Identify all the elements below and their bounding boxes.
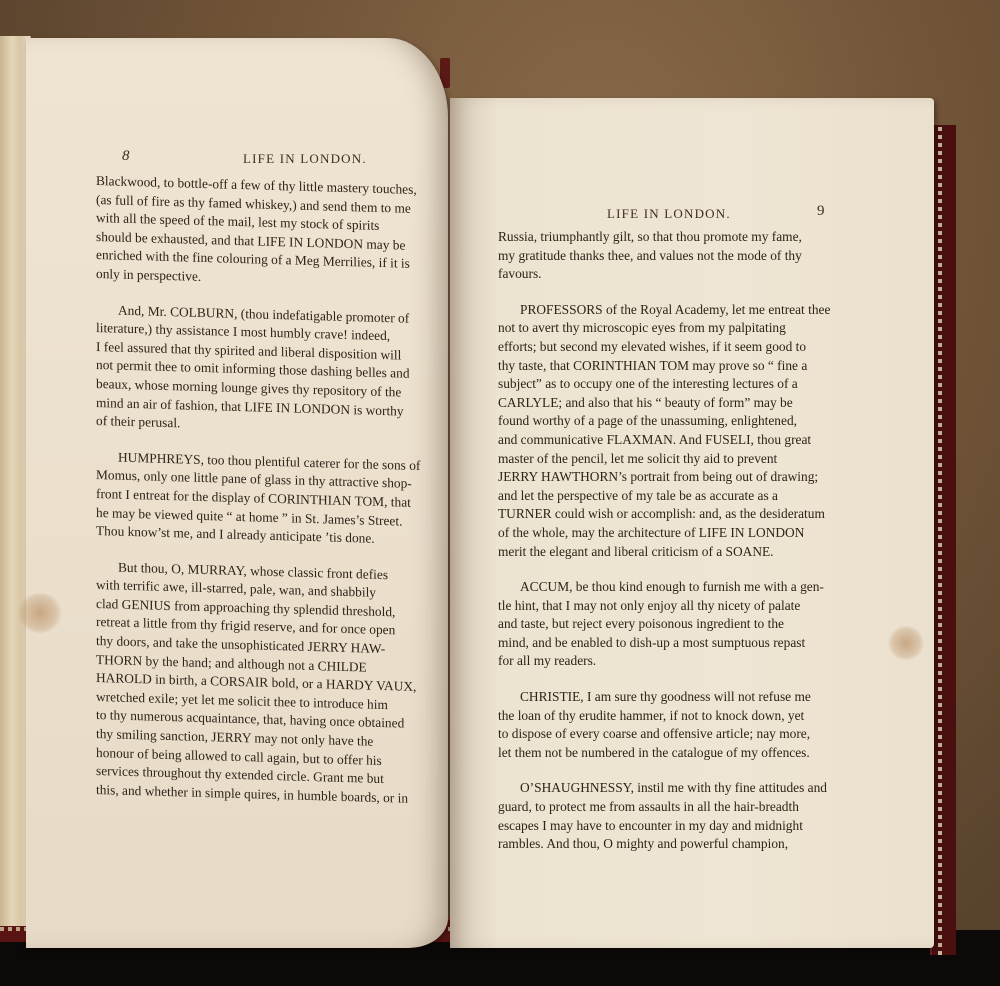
- foxing-stain: [888, 626, 924, 660]
- paragraph: PROFESSORS of the Royal Academy, let me …: [498, 301, 848, 561]
- paragraph: CHRISTIE, I am sure thy goodness will no…: [498, 688, 848, 762]
- foxing-stain: [18, 593, 62, 633]
- right-page-body: Russia, triumphantly gilt, so that thou …: [498, 228, 848, 871]
- page-number-left: 8: [122, 148, 130, 165]
- running-head-left: LIFE IN LONDON.: [243, 151, 367, 167]
- running-head-right: LIFE IN LONDON.: [607, 206, 731, 222]
- paragraph: Blackwood, to bottle-off a few of thy li…: [96, 172, 446, 293]
- paragraph: And, Mr. COLBURN, (thou indefatigable pr…: [96, 301, 446, 441]
- left-page-body: Blackwood, to bottle-off a few of thy li…: [96, 172, 446, 826]
- page-number-right: 9: [817, 203, 825, 220]
- gilt-border: [938, 125, 942, 955]
- paragraph: O’SHAUGHNESSY, instil me with thy fine a…: [498, 779, 848, 853]
- paragraph: Russia, triumphantly gilt, so that thou …: [498, 228, 848, 284]
- paragraph: HUMPHREYS, too thou plentiful caterer fo…: [96, 448, 446, 551]
- paragraph: ACCUM, be thou kind enough to furnish me…: [498, 578, 848, 671]
- paragraph: But thou, O, MURRAY, whose classic front…: [96, 558, 446, 809]
